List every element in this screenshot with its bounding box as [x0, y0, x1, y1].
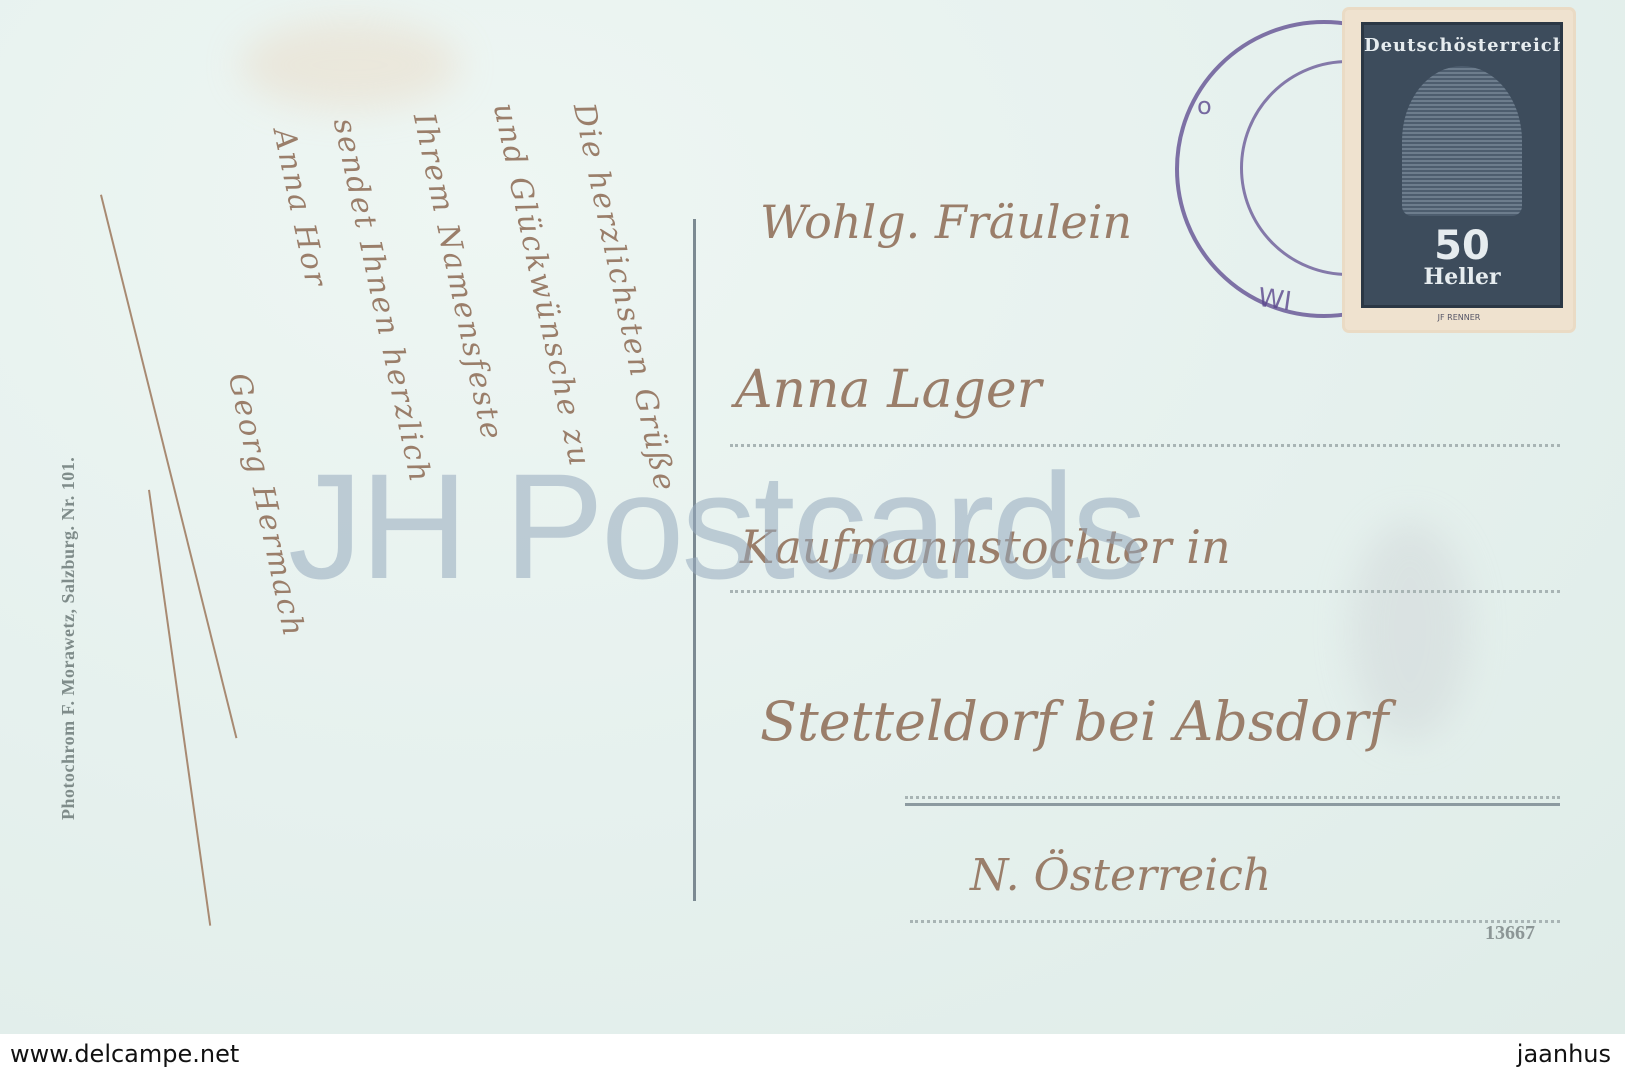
seller-label: jaanhus	[1517, 1040, 1611, 1068]
stamp-engraver: JF RENNER	[1345, 313, 1573, 322]
serial-number: 13667	[1485, 922, 1535, 945]
address-town: Stetteldorf bei Absdorf	[760, 690, 1388, 753]
publisher-imprint: Photochrom F. Morawetz, Salzburg. Nr. 10…	[58, 457, 79, 820]
stamp-unit: Heller	[1364, 266, 1560, 288]
stamp-figure-icon	[1402, 66, 1522, 216]
postage-stamp: Deutschösterreich 50 Heller JF RENNER	[1345, 10, 1573, 330]
watermark: JH Postcards	[288, 440, 1144, 613]
message-line: Anna Hor	[266, 125, 334, 291]
address-underline	[905, 803, 1560, 806]
stamp-country: Deutschösterreich	[1364, 35, 1560, 56]
source-site-label: www.delcampe.net	[10, 1040, 239, 1068]
postmark-text: WI	[1256, 283, 1293, 317]
address-salutation: Wohlg. Fräulein	[760, 195, 1132, 249]
stamp-value: 50	[1364, 226, 1560, 266]
flourish-stroke	[100, 195, 237, 739]
flourish-stroke	[148, 490, 211, 926]
message-line: Ihrem Namensfeste	[406, 110, 510, 444]
address-line	[905, 796, 1560, 799]
address-line	[910, 920, 1560, 923]
footer-bar: www.delcampe.net jaanhus	[0, 1034, 1625, 1072]
address-name: Anna Lager	[735, 360, 1042, 420]
address-region: N. Österreich	[970, 850, 1271, 901]
stamp-design: Deutschösterreich 50 Heller	[1361, 22, 1563, 308]
paper-stain	[240, 20, 460, 110]
postmark-mark: o	[1197, 92, 1212, 120]
postcard-back: Photochrom F. Morawetz, Salzburg. Nr. 10…	[0, 0, 1625, 1034]
